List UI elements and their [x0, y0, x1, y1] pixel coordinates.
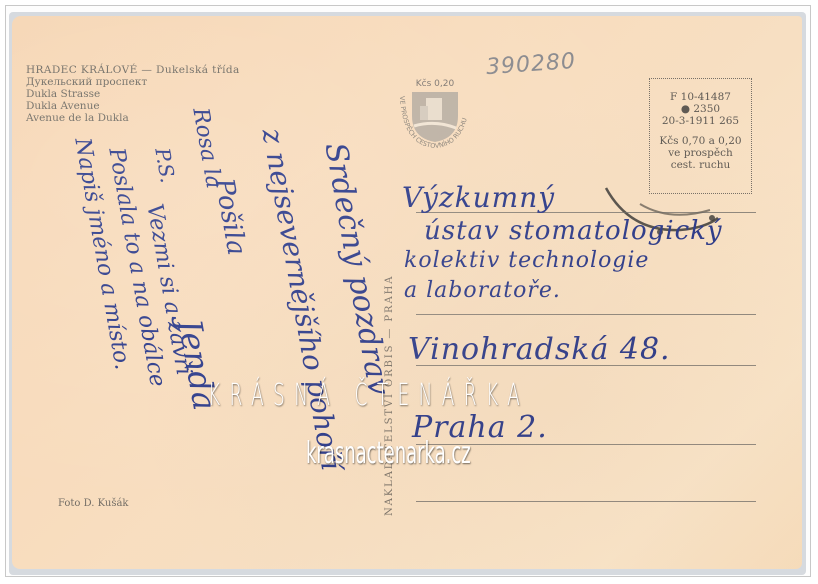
- emblem-value: Kčs 0,20: [416, 78, 455, 89]
- caption-line-russian: Дукельский проспект: [26, 76, 240, 88]
- stamp-box-fee: cest. ruchu: [650, 159, 751, 171]
- postcard: HRADEC KRÁLOVÉ — Dukelská třída Дукельск…: [12, 16, 802, 569]
- stamp-box-line: F 10-41487: [650, 91, 751, 103]
- message-ps-label: P.S.: [150, 146, 180, 185]
- stamp-box-fee: Kčs 0,70 a 0,20: [650, 135, 751, 147]
- address-line-3: kolektiv technologie: [404, 248, 649, 273]
- address-line-4: a laboratoře.: [404, 278, 561, 303]
- address-line: [416, 314, 756, 315]
- photo-credit: Foto D. Kušák: [58, 498, 129, 510]
- catalog-number: 390280: [485, 49, 577, 80]
- watermark-url: krasnactenarka.cz: [306, 436, 471, 471]
- castle-emblem-icon: Kčs 0,20 VE PROSPĚCH CESTOVNÍHO RUCHU: [392, 76, 478, 152]
- address-line-1: Výzkumný: [402, 181, 555, 214]
- stamp-box-line: 20-3-1911 265: [650, 115, 751, 127]
- caption-line-german: Dukla Strasse: [26, 88, 240, 100]
- caption-title: HRADEC KRÁLOVÉ — Dukelská třída: [26, 64, 240, 76]
- watermark-title: KRÁSNÁ ČTENÁŘKA: [208, 378, 456, 413]
- address-line: [416, 501, 756, 502]
- address-line-5: Vinohradská 48.: [408, 332, 671, 367]
- stamp-box: F 10-41487 ● 2350 20-3-1911 265 Kčs 0,70…: [649, 78, 752, 194]
- message-greeting: Srdečný pozdrav: [318, 140, 397, 398]
- stamp-box-line: ● 2350: [650, 103, 751, 115]
- stamp-box-fee: ve prospěch: [650, 147, 751, 159]
- address-line-2: ústav stomatologický: [424, 216, 723, 246]
- message-body-line: Pošila: [208, 176, 251, 258]
